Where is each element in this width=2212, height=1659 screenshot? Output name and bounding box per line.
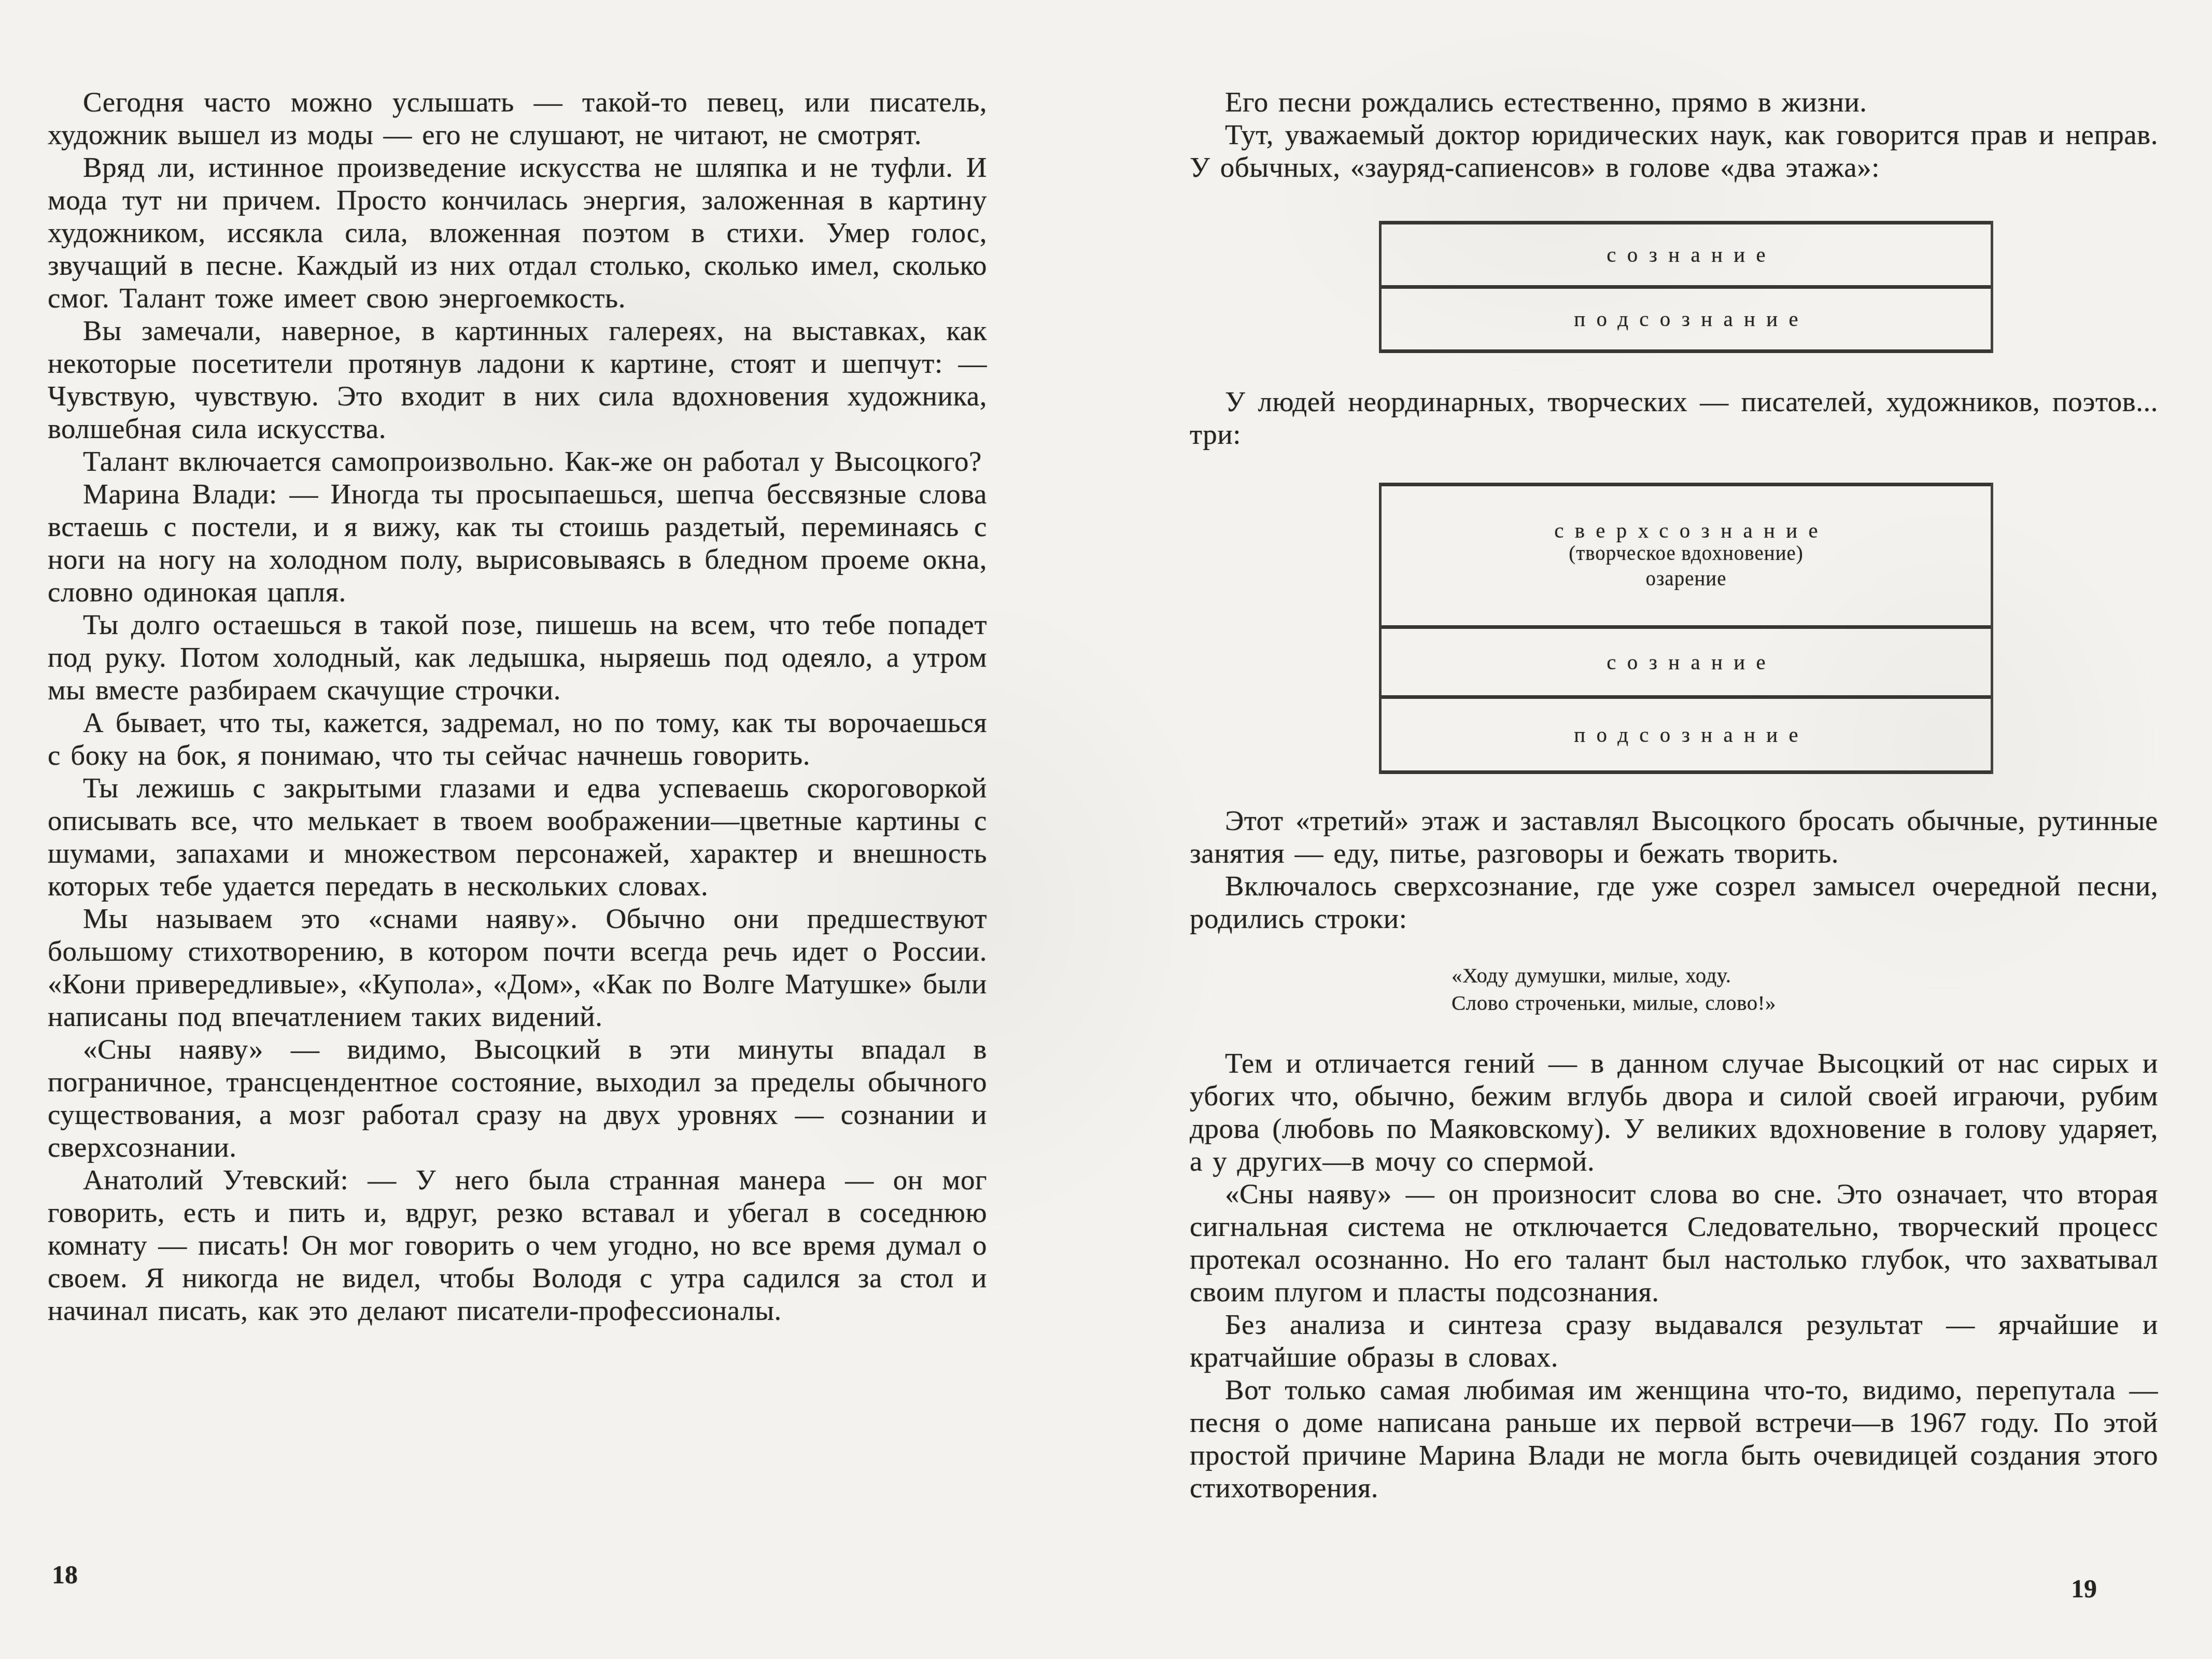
left-page-text-column: Сегодня часто можно услышать — такой-то … <box>48 86 987 1327</box>
diagram-row-subconsciousness: подсознание <box>1382 285 1991 353</box>
paragraph: Вряд ли, истинное произведение искусства… <box>48 151 987 314</box>
paragraph: Сегодня часто можно услышать — такой-то … <box>48 86 987 151</box>
paragraph: У людей неординарных, творческих — писат… <box>1190 385 2158 451</box>
right-page-text-column: Его песни рождались естественно, прямо в… <box>1190 86 2158 1504</box>
diagram-sublabel: (творческое вдохновение) <box>1382 541 1991 567</box>
paragraph: Ты лежишь с закрытыми глазами и едва усп… <box>48 771 987 902</box>
diagram-label: сознание <box>1382 652 1991 673</box>
paragraph: «Сны наяву» — видимо, Высоцкий в эти мин… <box>48 1033 987 1163</box>
paragraph: Без анализа и синтеза сразу выдавался ре… <box>1190 1308 2158 1373</box>
paragraph: «Сны наяву» — он произносит слова во сне… <box>1190 1177 2158 1308</box>
paragraph: Анатолий Утевский: — У него была странна… <box>48 1163 987 1327</box>
paragraph: Вы замечали, наверное, в картинных галер… <box>48 314 987 445</box>
verse-line: «Ходу думушки, милые, ходу. <box>1452 962 2158 989</box>
paragraph: Тут, уважаемый доктор юридических наук, … <box>1190 118 2158 184</box>
paragraph: А бывает, что ты, кажется, задремал, но … <box>48 706 987 771</box>
paragraph: Марина Влади: — Иногда ты просыпаешься, … <box>48 477 987 608</box>
paragraph: Ты долго остаешься в такой позе, пишешь … <box>48 608 987 706</box>
page-number-left: 18 <box>52 1559 78 1590</box>
diagram-label: сознание <box>1382 244 1991 265</box>
paragraph: Мы называем это «снами наяву». Обычно он… <box>48 902 987 1033</box>
diagram-label: подсознание <box>1382 724 1991 746</box>
paragraph: Включалось сверхсознание, где уже созрел… <box>1190 869 2158 935</box>
book-spread-scan: { "left_page": { "page_number": "18", "p… <box>0 0 2212 1659</box>
paragraph: Его песни рождались естественно, прямо в… <box>1190 86 2158 118</box>
diagram-row-subconsciousness: подсознание <box>1382 695 1991 774</box>
diagram-label: подсознание <box>1382 308 1991 330</box>
paragraph: Вот только самая любимая им женщина что-… <box>1190 1373 2158 1504</box>
diagram-row-consciousness: сознание <box>1382 221 1991 285</box>
diagram-row-superconsciousness: сверхсознание (творческое вдохновение) о… <box>1382 483 1991 625</box>
diagram-row-consciousness: сознание <box>1382 625 1991 695</box>
page-number-right: 19 <box>2071 1573 2097 1604</box>
diagram-label: сверхсознание <box>1382 520 1991 541</box>
paragraph: Этот «третий» этаж и заставлял Высоцкого… <box>1190 804 2158 869</box>
paragraph: Талант включается самопроизвольно. Как-ж… <box>48 445 987 477</box>
two-level-mind-diagram: сознание подсознание <box>1379 221 1993 353</box>
three-level-mind-diagram: сверхсознание (творческое вдохновение) о… <box>1379 483 1993 774</box>
diagram-sublabel: озарение <box>1382 567 1991 592</box>
song-quote: «Ходу думушки, милые, ходу. Слово строче… <box>1452 962 2158 1017</box>
paragraph: Тем и отличается гений — в данном случае… <box>1190 1047 2158 1177</box>
verse-line: Слово строченьки, милые, слово!» <box>1452 989 2158 1017</box>
